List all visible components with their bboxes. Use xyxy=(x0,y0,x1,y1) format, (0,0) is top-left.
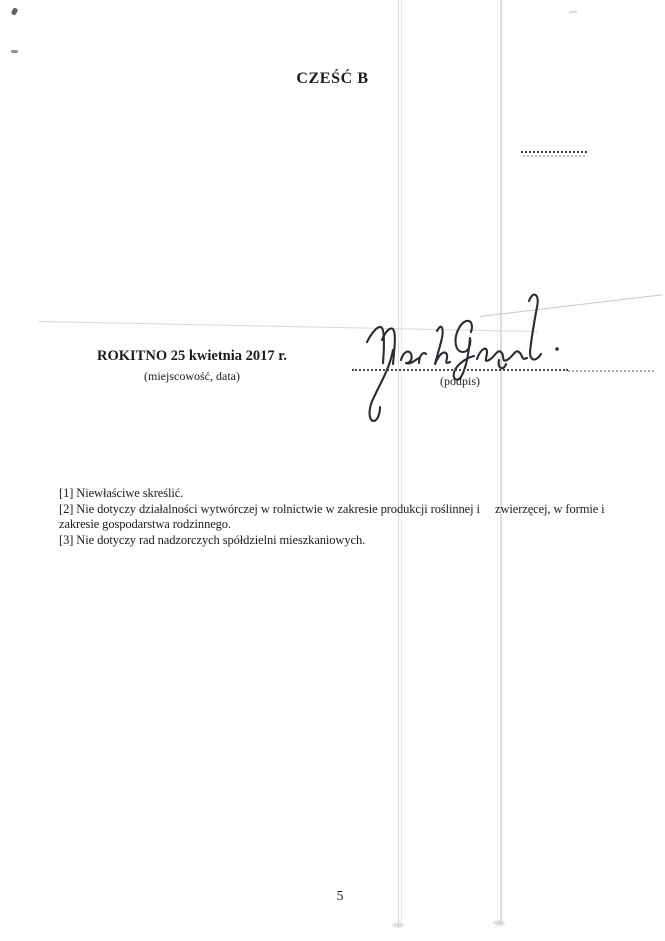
signature-dotted-line xyxy=(352,360,568,371)
scan-artifact-vertical-line xyxy=(401,0,402,928)
signature-dotted-line-tail xyxy=(568,361,654,372)
page-number: 5 xyxy=(0,888,665,904)
scan-artifact-vertical-line xyxy=(500,0,502,926)
place-date-value: ROKITNO 25 kwietnia 2017 r. xyxy=(58,348,326,365)
scan-artifact-speck xyxy=(11,7,19,16)
place-date-caption: (miejscowość, data) xyxy=(58,369,326,384)
scan-artifact-speck xyxy=(569,10,577,13)
scan-artifact-speck xyxy=(11,50,18,53)
scanned-document-page: CZEŚĆ B ROKITNO 25 kwietnia 2017 r. (mie… xyxy=(0,0,665,941)
signature-handwriting xyxy=(353,288,573,430)
scan-artifact-smudge xyxy=(392,923,404,927)
footnote-2-continued: zakresie gospodarstwa rodzinnego. xyxy=(59,517,659,533)
scan-artifact-vertical-line xyxy=(497,0,498,926)
footnotes-block: [1] Niewłaściwe skreślić. [2] Nie dotycz… xyxy=(59,486,659,548)
place-date-block: ROKITNO 25 kwietnia 2017 r. (miejscowość… xyxy=(58,348,326,384)
signature-caption: (podpis) xyxy=(400,374,520,389)
footnote-3: [3] Nie dotyczy rad nadzorczych spółdzie… xyxy=(59,533,659,549)
dotted-fill-line-shadow xyxy=(523,147,585,157)
footnote-1: [1] Niewłaściwe skreślić. xyxy=(59,486,659,502)
footnote-2: [2] Nie dotyczy działalności wytwórczej … xyxy=(59,502,659,518)
scan-artifact-vertical-line xyxy=(398,0,399,928)
section-title: CZEŚĆ B xyxy=(0,70,665,88)
scan-artifact-smudge xyxy=(493,921,505,925)
